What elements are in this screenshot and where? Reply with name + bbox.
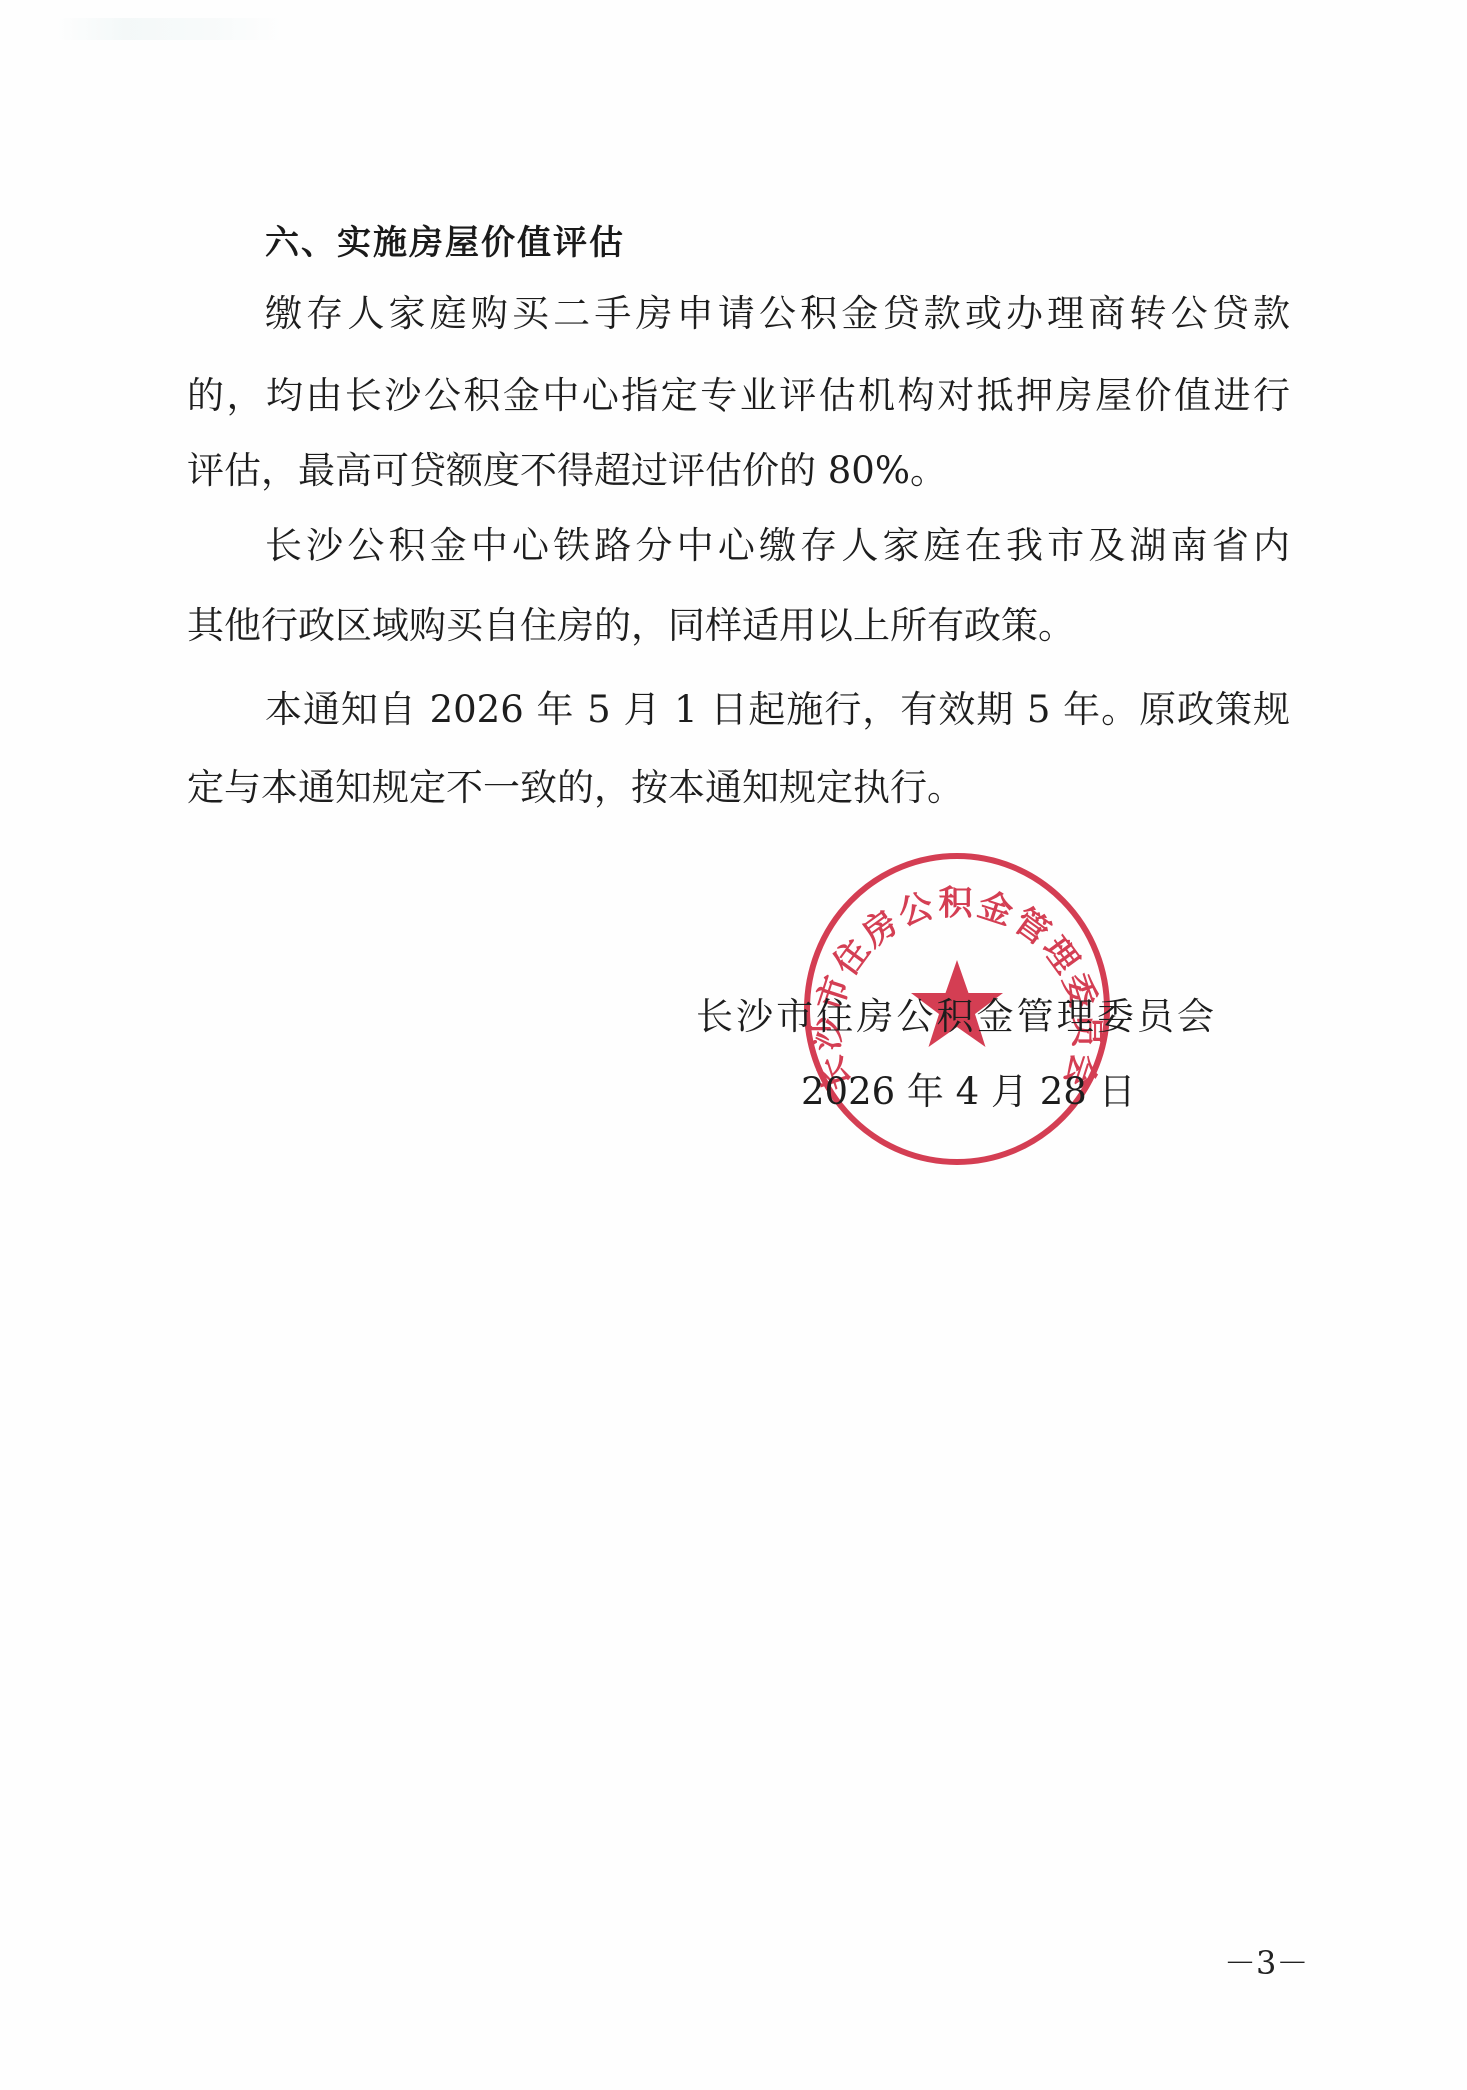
paragraph-2-line-2: 其他行政区域购买自住房的，同样适用以上所有政策。 bbox=[187, 604, 1290, 648]
issue-date: 2026 年 4 月 28 日 bbox=[801, 1070, 1100, 1114]
paragraph-3-line-1: 本通知自 2026 年 5 月 1 日起施行，有效期 5 年。原政策规 bbox=[265, 688, 1290, 732]
paragraph-1-line-3: 评估，最高可贷额度不得超过评估价的 80%。 bbox=[187, 449, 1290, 493]
paragraph-1-line-2: 的，均由长沙公积金中心指定专业评估机构对抵押房屋价值进行 bbox=[187, 374, 1290, 418]
paragraph-1-line-1: 缴存人家庭购买二手房申请公积金贷款或办理商转公贷款 bbox=[265, 292, 1290, 336]
issuer-signature: 长沙市住房公积金管理委员会 bbox=[696, 995, 1214, 1039]
document-page: 六、实施房屋价值评估 缴存人家庭购买二手房申请公积金贷款或办理商转公贷款 的，均… bbox=[0, 0, 1467, 2090]
section-heading: 六、实施房屋价值评估 bbox=[265, 222, 625, 264]
page-number: －3－ bbox=[1224, 1944, 1308, 1982]
paragraph-3-line-2: 定与本通知规定不一致的，按本通知规定执行。 bbox=[187, 766, 1290, 810]
paragraph-2-line-1: 长沙公积金中心铁路分中心缴存人家庭在我市及湖南省内 bbox=[265, 524, 1290, 568]
scan-artifact bbox=[55, 18, 285, 40]
